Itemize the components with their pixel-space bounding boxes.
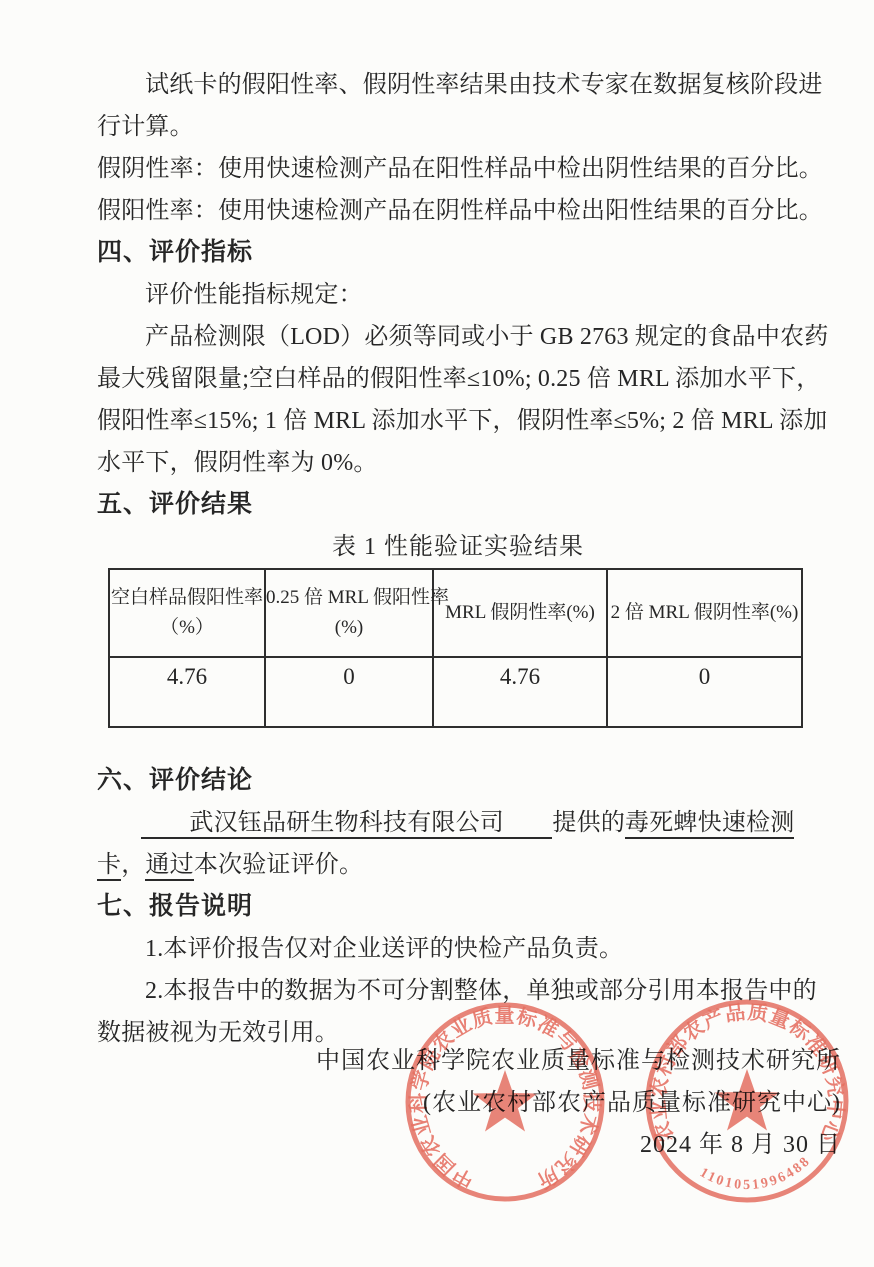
section4-line-1: 评价性能指标规定： — [97, 274, 819, 316]
results-table-header-row: 空白样品假阳性率 （%） 0.25 倍 MRL 假阳性率 (%) MRL 假阴性… — [109, 569, 802, 657]
section4-line-4: 假阳性率≤15%; 1 倍 MRL 添加水平下，假阴性率≤5%; 2 倍 MRL… — [97, 400, 819, 442]
header-025mrl-fp-rate: 0.25 倍 MRL 假阳性率 (%) — [265, 569, 433, 657]
star-icon — [715, 1069, 780, 1131]
official-seal-right: 农业农村部农产品质量标准研究中心 1101051996488 — [637, 991, 857, 1211]
false-negative-definition: 假阴性率：使用快速检测产品在阳性样品中检出阴性结果的百分比。 — [97, 148, 819, 190]
conclusion-text: 提供的 — [552, 810, 625, 836]
section4-heading: 四、评价指标 — [97, 232, 819, 274]
document-page: 试纸卡的假阳性率、假阴性率结果由技术专家在数据复核阶段进 行计算。 假阴性率：使… — [0, 0, 874, 1267]
table-caption: 表 1 性能验证实验结果 — [97, 526, 819, 568]
section4-line-3: 最大残留限量;空白样品的假阳性率≤10%; 0.25 倍 MRL 添加水平下， — [97, 358, 819, 400]
conclusion-line-2: 卡，通过本次验证评价。 — [97, 844, 819, 886]
results-table-data-row: 4.76 0 4.76 0 — [109, 657, 802, 727]
value-025mrl-fp-rate: 0 — [265, 657, 433, 727]
value-blank-sample-fp-rate: 4.76 — [109, 657, 265, 727]
value-mrl-fn-rate: 4.76 — [433, 657, 607, 727]
false-positive-definition: 假阳性率：使用快速检测产品在阴性样品中检出阳性结果的百分比。 — [97, 190, 819, 232]
value-2mrl-fn-rate: 0 — [607, 657, 802, 727]
intro-paragraph-line-1: 试纸卡的假阳性率、假阴性率结果由技术专家在数据复核阶段进 — [97, 64, 819, 106]
conclusion-line-1: 武汉钰品研生物科技有限公司 提供的毒死蜱快速检测 — [97, 802, 819, 844]
comma: ， — [121, 852, 145, 878]
section7-heading: 七、报告说明 — [97, 886, 819, 928]
underline-pad — [141, 810, 189, 839]
report-note-1: 1.本评价报告仅对企业送评的快检产品负责。 — [97, 928, 819, 970]
section5-heading: 五、评价结果 — [97, 484, 819, 526]
section6-heading: 六、评价结论 — [97, 760, 819, 802]
passed-text: 通过 — [145, 852, 193, 881]
company-name: 武汉钰品研生物科技有限公司 — [189, 810, 504, 839]
section4-line-2: 产品检测限（LOD）必须等同或小于 GB 2763 规定的食品中农药 — [97, 316, 819, 358]
header-2mrl-fn-rate: 2 倍 MRL 假阴性率(%) — [607, 569, 802, 657]
results-table: 空白样品假阳性率 （%） 0.25 倍 MRL 假阳性率 (%) MRL 假阴性… — [108, 568, 803, 728]
official-seal-left: 中国农业科学院农业质量标准与检测技术研究所 — [395, 992, 615, 1212]
underline-pad — [504, 810, 552, 839]
intro-paragraph-line-2: 行计算。 — [97, 106, 819, 148]
product-name-part2: 卡 — [97, 852, 121, 881]
header-blank-sample-fp-rate: 空白样品假阳性率 （%） — [109, 569, 265, 657]
section4-line-5: 水平下，假阴性率为 0%。 — [97, 442, 819, 484]
conclusion-tail: 本次验证评价。 — [194, 852, 363, 878]
product-name-part1: 毒死蜱快速检测 — [625, 810, 794, 839]
header-mrl-fn-rate: MRL 假阴性率(%) — [433, 569, 607, 657]
star-icon — [473, 1070, 538, 1132]
